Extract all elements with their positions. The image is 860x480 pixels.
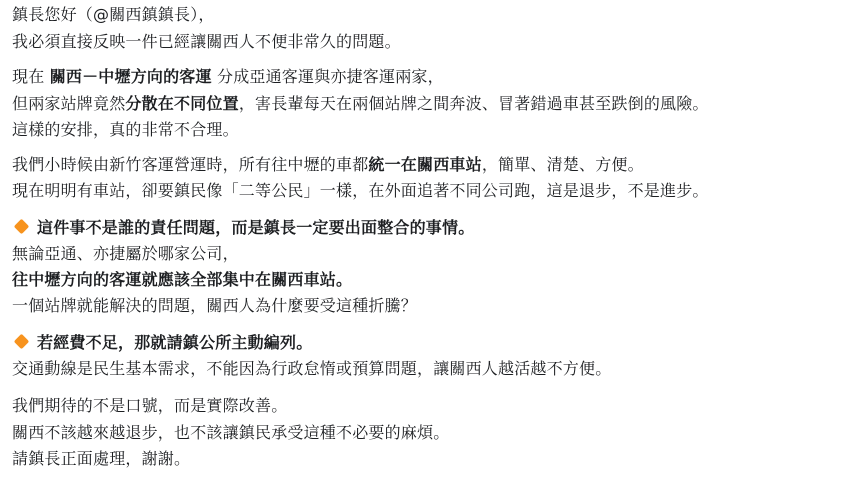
paragraph-3-line-1: 我們小時候由新竹客運營運時，所有往中壢的車都統一在關西車站，簡單、清楚、方便。 (12, 152, 644, 178)
orange-diamond-icon (14, 219, 30, 235)
paragraph-4-line-2: 往中壢方向的客運就應該全部集中在關西車站。 (12, 267, 352, 293)
greeting-line: 鎮長您好（@關西鎮鎮長）， (12, 2, 215, 28)
heading-text: 若經費不足，那就請鎮公所主動編列。 (37, 333, 312, 352)
text: 請鎮長正面處理，謝謝。 (12, 449, 190, 468)
paragraph-3-line-2: 現在明明有車站，卻要鎮民像「二等公民」一樣，在外面追著不同公司跑，這是退步，不是… (12, 178, 709, 204)
orange-diamond-icon (14, 334, 30, 350)
bold-text: 分散在不同位置 (125, 94, 238, 113)
paragraph-5-heading: 若經費不足，那就請鎮公所主動編列。 (12, 330, 312, 356)
paragraph-6-line-2: 關西不該越來越退步，也不該讓鎮民承受這種不必要的麻煩。 (12, 420, 449, 446)
paragraph-4-line-3: 一個站牌就能解決的問題，關西人為什麼要受這種折騰？ (12, 293, 417, 319)
text: 我們小時候由新竹客運營運時，所有往中壢的車都 (12, 155, 368, 174)
paragraph-5-line-1: 交通動線是民生基本需求，不能因為行政怠惰或預算問題，讓關西人越活越不方便。 (12, 356, 611, 382)
text: 關西不該越來越退步，也不該讓鎮民承受這種不必要的麻煩。 (12, 423, 449, 442)
intro-text: 我必須直接反映一件已經讓關西人不便非常久的問題。 (12, 32, 401, 51)
paragraph-4-line-1: 無論亞通、亦捷屬於哪家公司， (12, 241, 239, 267)
text: 現在明明有車站，卻要鎮民像「二等公民」一樣，在外面追著不同公司跑，這是退步，不是… (12, 181, 709, 200)
post-body: 鎮長您好（@關西鎮鎮長）， 我必須直接反映一件已經讓關西人不便非常久的問題。 現… (0, 0, 860, 4)
text: ，簡單、清楚、方便。 (482, 155, 644, 174)
text: 一個站牌就能解決的問題，關西人為什麼要受這種折騰？ (12, 296, 417, 315)
text: 這樣的安排，真的非常不合理。 (12, 120, 239, 139)
paragraph-4-heading: 這件事不是誰的責任問題，而是鎮長一定要出面整合的事情。 (12, 215, 474, 241)
paragraph-6-line-3: 請鎮長正面處理，謝謝。 (12, 446, 190, 472)
text: 現在 (12, 67, 50, 86)
bold-text: 統一在關西車站 (368, 155, 481, 174)
text: 交通動線是民生基本需求，不能因為行政怠惰或預算問題，讓關西人越活越不方便。 (12, 359, 611, 378)
text: 無論亞通、亦捷屬於哪家公司， (12, 244, 239, 263)
intro-line: 我必須直接反映一件已經讓關西人不便非常久的問題。 (12, 29, 401, 55)
text: 分成亞通客運與亦捷客運兩家， (212, 67, 444, 86)
bold-text: 往中壢方向的客運就應該全部集中在關西車站。 (12, 270, 352, 289)
text: ，害長輩每天在兩個站牌之間奔波、冒著錯過車甚至跌倒的風險。 (239, 94, 709, 113)
paragraph-2-line-2: 但兩家站牌竟然分散在不同位置，害長輩每天在兩個站牌之間奔波、冒著錯過車甚至跌倒的… (12, 91, 709, 117)
heading-text: 這件事不是誰的責任問題，而是鎮長一定要出面整合的事情。 (37, 218, 474, 237)
text: 我們期待的不是口號，而是實際改善。 (12, 396, 287, 415)
greeting-text: 鎮長您好（@關西鎮鎮長）， (12, 5, 215, 24)
paragraph-2-line-3: 這樣的安排，真的非常不合理。 (12, 117, 239, 143)
bold-text: 關西－中壢方向的客運 (50, 67, 212, 86)
text: 但兩家站牌竟然 (12, 94, 125, 113)
paragraph-2-line-1: 現在 關西－中壢方向的客運 分成亞通客運與亦捷客運兩家， (12, 64, 444, 90)
paragraph-6-line-1: 我們期待的不是口號，而是實際改善。 (12, 393, 287, 419)
